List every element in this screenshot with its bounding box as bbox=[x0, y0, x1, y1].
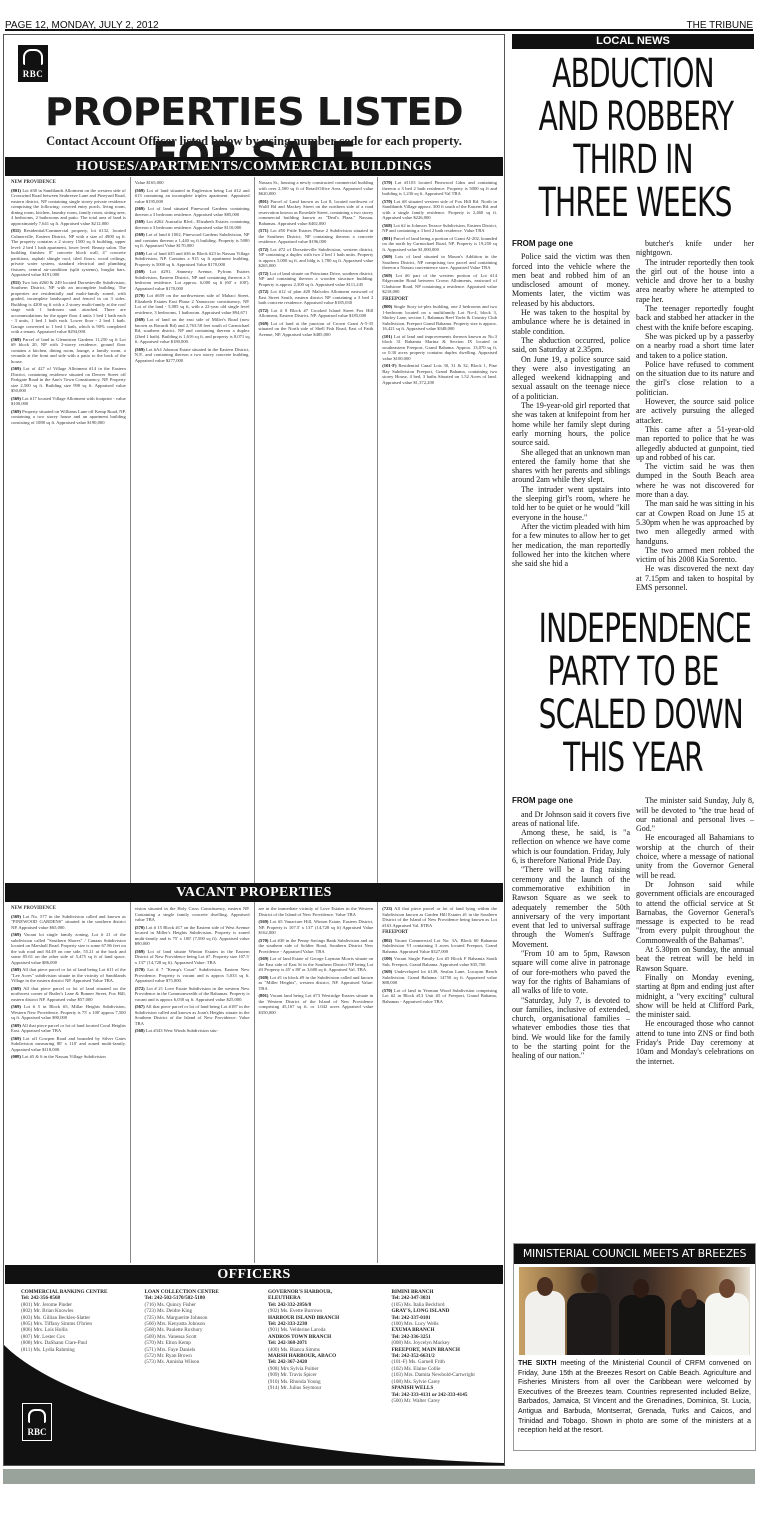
property-code: (569) bbox=[11, 1036, 21, 1041]
property-code: (570) bbox=[382, 180, 392, 185]
officer-entry: (573) Ms. Annisha Wilson bbox=[145, 1359, 241, 1365]
property-listing: (570) Lot # 7 "Kemp's Court" Subdivision… bbox=[135, 967, 250, 984]
story-paragraph: However, the source said police are acti… bbox=[636, 397, 754, 425]
property-listing: (570) Lot #659 on the northwestern side … bbox=[135, 293, 250, 315]
property-listing: (569) Lot #6 part of the western portion… bbox=[382, 273, 497, 295]
property-code: (100) bbox=[382, 956, 392, 961]
officers-list: COMMERCIAL BANKING CENTRETel: 242-356-85… bbox=[7, 1287, 501, 1387]
property-code: (569) bbox=[135, 232, 145, 237]
property-listing: (569) All that piece parcel or lot of la… bbox=[11, 986, 126, 1003]
property-listing: (570) Lot #8 situated western side of Fo… bbox=[382, 199, 497, 221]
property-listing: (800) Single Story tri-plex building, on… bbox=[382, 304, 497, 332]
officers-column: LOAN COLLECTION CENTRETel: 242-502-5170/… bbox=[131, 1287, 255, 1387]
property-code: (570) bbox=[135, 925, 145, 930]
property-code: (570) bbox=[259, 938, 269, 943]
property-listing: (008) Lot #5 & 6 in the Nassau Village S… bbox=[11, 1054, 126, 1060]
property-code: (801) bbox=[259, 199, 269, 204]
property-listing: (801) Vacant land being Lot #73 Westridg… bbox=[259, 993, 374, 1015]
property-code: (567) bbox=[135, 1004, 145, 1009]
property-code: (569) bbox=[11, 986, 21, 991]
story2-from: FROM page one bbox=[512, 796, 630, 805]
property-listing: (569) Lot of land on the east side of Mi… bbox=[135, 317, 250, 345]
property-code: (801) bbox=[11, 188, 21, 193]
story-paragraph: Dr Johnson said while government officia… bbox=[636, 880, 754, 945]
property-listing: (568) Lot #343 West Winds Subdivision si… bbox=[135, 1028, 250, 1034]
property-listing: (801) Lot #38 in Sandilands Allotment on… bbox=[11, 188, 126, 227]
property-listing: (569) Lot of land #35 and #36 in Block #… bbox=[135, 251, 250, 268]
story-paragraph: The abduction occurred, police said, on … bbox=[512, 336, 630, 355]
story-paragraph: The man said he was sitting in his car a… bbox=[636, 499, 754, 545]
story-paragraph: The intruder reportedly then took the gi… bbox=[636, 258, 754, 304]
story1-from: FROM page one bbox=[512, 239, 630, 248]
property-listing: (567) All that piece parcel or lot of la… bbox=[135, 1004, 250, 1026]
property-code: (571) bbox=[259, 228, 269, 233]
story-paragraph: The teenager reportedly fought back and … bbox=[636, 304, 754, 332]
officer-entry: (811) Ms. Lydia Rahming bbox=[21, 1347, 117, 1353]
property-listing: (569) Parcel of land in Glenniston Garde… bbox=[11, 337, 126, 365]
property-listing: (811) Two lots #260 & 249 located Dorset… bbox=[11, 280, 126, 335]
property-listing: (569) Undeveloped lot #149, Seafan Lane,… bbox=[382, 969, 497, 986]
property-code: (569) bbox=[382, 254, 392, 259]
property-listing: (569) Lot #A4 Johnson Estate situated in… bbox=[135, 347, 250, 364]
property-code: (568) bbox=[382, 223, 392, 228]
property-code: (569) bbox=[11, 932, 21, 937]
region-heading: FREEPORT bbox=[382, 297, 497, 303]
property-code: (569) bbox=[259, 956, 269, 961]
story-paragraph: After the victim pleaded with him for a … bbox=[512, 522, 630, 568]
story1-headline: ABDUCTION AND ROBBERY THIRD IN THREE WEE… bbox=[512, 53, 754, 225]
property-code: (569) bbox=[11, 337, 21, 342]
property-code: (569) bbox=[382, 273, 392, 278]
property-listing: (569) Lot No. 577 in the Subdivision cal… bbox=[11, 914, 126, 931]
section-tag-local-news: LOCAL NEWS bbox=[512, 34, 754, 49]
listing-column: Nassau St., housing a newly constructed … bbox=[255, 177, 379, 917]
story-paragraph: He encouraged all Bahamians to worship a… bbox=[636, 833, 754, 879]
officers-column: BIMINI BRANCHTel: 242-347-3031(105) Ms. … bbox=[378, 1287, 502, 1387]
property-code: (569) bbox=[259, 919, 269, 924]
property-listing: (572) Lot #12 of plan #20 Malcolm Allotm… bbox=[259, 289, 374, 306]
property-listing: (101) Lot of land and improvements there… bbox=[382, 334, 497, 362]
photo-title: MINISTERIAL COUNCIL MEETS AT BREEZES bbox=[514, 1244, 755, 1264]
property-listing: (568) Lot #2 in Johnson Terrace Subdivis… bbox=[382, 223, 497, 234]
officers-column: GOVERNOR'S HARBOUR, ELEUTHERATel: 242-33… bbox=[254, 1287, 378, 1387]
property-listing: (569) Lot #1 in block #9 in the Subdivis… bbox=[259, 975, 374, 992]
story-paragraph: She was picked up by a passerby on a nea… bbox=[636, 332, 754, 360]
story-paragraph: Finally on Monday evening, starting at 8… bbox=[636, 973, 754, 1019]
property-code: (568) bbox=[135, 1028, 145, 1033]
property-code: (570) bbox=[135, 293, 145, 298]
property-code: (572) bbox=[135, 986, 145, 991]
property-listing: (572) Lot of land situate on Poinciana D… bbox=[259, 271, 374, 288]
property-listing: (569) Lot #291, Amnesty Avenue, Pyfrom E… bbox=[135, 269, 250, 291]
story-paragraph: The victim said he was then dumped in th… bbox=[636, 462, 754, 499]
property-code: (569) bbox=[135, 206, 145, 211]
story-paragraph: The intruder went upstairs into the slee… bbox=[512, 485, 630, 522]
property-code: (811) bbox=[11, 228, 21, 233]
rbc-logo-icon: RBC bbox=[18, 45, 48, 82]
property-listing: (569) Vacant lot single family zoning, L… bbox=[11, 932, 126, 965]
ad-subtitle: Contact Account Officer listed below by … bbox=[4, 134, 504, 149]
property-code: (101-F) bbox=[382, 363, 396, 368]
officer-entry: (500) Mr. Walter Carey bbox=[392, 1398, 488, 1404]
property-code: (569) bbox=[11, 1004, 21, 1009]
photo-caption: THE SIXTH meeting of the Ministerial Cou… bbox=[514, 1358, 755, 1437]
listing-column: (723) All that piece parcel or lot of la… bbox=[378, 903, 501, 1263]
region-heading: NEW PROVIDENCE bbox=[11, 906, 126, 912]
property-code: (569) bbox=[135, 317, 145, 322]
property-listing: (569) All that piece parcel or lot of la… bbox=[11, 1023, 126, 1034]
property-listing: (569) Lot of land Estate of George Layma… bbox=[259, 956, 374, 973]
story-paragraph: He was discovered the next day at 7.15pm… bbox=[636, 564, 754, 592]
listing-column: vision situated in the Holy Cross Consti… bbox=[131, 903, 255, 1263]
property-listing: (569) Lot of land situated in Englerston… bbox=[135, 188, 250, 205]
property-code: (572) bbox=[259, 308, 269, 313]
listing-column: are in the immediate vicinity of Love Es… bbox=[255, 903, 379, 1263]
section-header-houses: HOUSES/APARTMENTS/COMMERCIAL BUILDINGS bbox=[5, 157, 503, 176]
officer-entry: (914) Mr. Julius Seymour bbox=[268, 1385, 364, 1391]
local-news-column: LOCAL NEWS ABDUCTION AND ROBBERY THIRD I… bbox=[512, 34, 754, 1066]
story-paragraph: He encouraged those who cannot attend to… bbox=[636, 1019, 754, 1065]
property-listing: are in the immediate vicinity of Love Es… bbox=[259, 906, 374, 917]
story-paragraph: This came after a 51-year-old man report… bbox=[636, 425, 754, 462]
property-code: (569) bbox=[135, 269, 145, 274]
property-code: (569) bbox=[11, 1023, 21, 1028]
listing-column: (570) Lot #1103 located Pinewood Gdns an… bbox=[378, 177, 501, 917]
property-code: (569) bbox=[382, 969, 392, 974]
property-code: (569) bbox=[11, 967, 21, 972]
listing-column: NEW PROVIDENCE(569) Lot No. 577 in the S… bbox=[7, 903, 131, 1263]
story-paragraph: "Saturday, July 7, is devoted to our fam… bbox=[512, 996, 630, 1061]
property-listing: Value $165,000 bbox=[135, 180, 250, 186]
story2-body: FROM page oneand Dr Johnson said it cove… bbox=[512, 796, 754, 1066]
property-code: (569) bbox=[135, 347, 145, 352]
property-listing: (802) Vacant Commercial Lot No: 3A, Bloc… bbox=[382, 938, 497, 955]
property-listing: (570) Lot #1103 located Pinewood Gdns an… bbox=[382, 180, 497, 197]
property-code: (570) bbox=[382, 199, 392, 204]
property-code: (802) bbox=[382, 938, 392, 943]
property-listing: (569) Lots of land situated in Mason's A… bbox=[382, 254, 497, 271]
property-listing: (569) All that piece parcel or lot of la… bbox=[11, 967, 126, 984]
property-listing: (723) All that piece parcel or lot of la… bbox=[382, 906, 497, 928]
rbc-logo-bottom-icon: RBC bbox=[22, 1403, 52, 1441]
property-code: (801) bbox=[259, 993, 269, 998]
property-code: (569) bbox=[11, 396, 21, 401]
story-paragraph: The two armed men robbed the victim of h… bbox=[636, 546, 754, 565]
property-listing: (569) Lot of land # 1002, Pinewood Garde… bbox=[135, 232, 250, 249]
property-listing: (569) Lot of land situated Pinewood Gard… bbox=[135, 206, 250, 217]
property-code: (569) bbox=[135, 188, 145, 193]
property-listing: (570) Lot of land in Yeoman Wood Subdivi… bbox=[382, 988, 497, 1005]
property-listing: (569) Lot # 5 in Block #5, Millar Height… bbox=[11, 1004, 126, 1021]
property-code: (800) bbox=[382, 304, 392, 309]
property-listing: (570) Lot # 15 Block #17 on the Eastern … bbox=[135, 925, 250, 947]
property-code: (101) bbox=[382, 334, 392, 339]
property-listing: (569) Lot #17 located Village Allotment … bbox=[11, 396, 126, 407]
listing-column: Value $165,000(569) Lot of land situated… bbox=[131, 177, 255, 917]
story-paragraph: On June 19, a police source said they we… bbox=[512, 355, 630, 401]
property-code: (008) bbox=[11, 1054, 21, 1059]
story-paragraph: Among these, he said, is "a reflection o… bbox=[512, 828, 630, 865]
vacant-listing-columns: NEW PROVIDENCE(569) Lot No. 577 in the S… bbox=[7, 903, 501, 1263]
property-code: (569) bbox=[11, 366, 21, 371]
property-listing: (569) Lot of land situate Winton Estates… bbox=[135, 949, 250, 966]
officers-column: COMMERCIAL BANKING CENTRETel: 242-356-85… bbox=[7, 1287, 131, 1387]
property-code: (569) bbox=[135, 219, 145, 224]
property-listing: (100) Vacant Single Family Lot #5 Block … bbox=[382, 956, 497, 967]
branch-heading: GOVERNOR'S HARBOUR, ELEUTHERA bbox=[268, 1289, 364, 1302]
property-code: (570) bbox=[135, 967, 145, 972]
property-listing: (101-F) Residential Canal Lots 30, 31 & … bbox=[382, 363, 497, 385]
property-code: (569) bbox=[259, 975, 269, 980]
property-listing: (569) Lot of land at the junction of Cro… bbox=[259, 321, 374, 338]
property-code: (570) bbox=[382, 988, 392, 993]
property-code: (569) bbox=[135, 251, 145, 256]
page-footer-bar bbox=[3, 1469, 755, 1484]
property-code: (572) bbox=[259, 289, 269, 294]
property-listing: (801) Parcel of land being a portion of … bbox=[382, 236, 497, 253]
rbc-property-ad: RBC PROPERTIES LISTED FOR SALE Contact A… bbox=[3, 34, 505, 1466]
property-listing: (569) Lot of 427 of Village Allotment #1… bbox=[11, 366, 126, 394]
property-listing: (570) Lot #30 in the Penny Savings Bank … bbox=[259, 938, 374, 955]
story-paragraph: and Dr Johnson said it covers five areas… bbox=[512, 810, 630, 829]
property-code: (801) bbox=[382, 236, 392, 241]
section-header-officers: OFFICERS bbox=[5, 1265, 503, 1284]
story-paragraph: butcher's knife under her nightgown. bbox=[636, 239, 754, 258]
story-paragraph: She alleged that an unknown man entered … bbox=[512, 448, 630, 485]
officer-entry: (103) Mrs. Damita Newbold-Cartwright bbox=[392, 1372, 488, 1378]
property-listing: Nassau St., housing a newly constructed … bbox=[259, 180, 374, 197]
property-listing: (811) Residential/Commercial property, l… bbox=[11, 228, 126, 278]
houses-listing-columns: NEW PROVIDENCE(801) Lot #38 in Sandiland… bbox=[7, 177, 501, 917]
property-listing: (569) Property situated on Williams Lane… bbox=[11, 409, 126, 426]
story1-body: FROM page onePolice said the victim was … bbox=[512, 239, 754, 592]
property-code: (569) bbox=[11, 914, 21, 919]
property-listing: (572) Lot # 8 Block #7 Crooked Island St… bbox=[259, 308, 374, 319]
section-header-vacant: VACANT PROPERTIES bbox=[5, 883, 503, 902]
property-listing: (571) Lot #50 Pride Estates Phase 2 Subd… bbox=[259, 228, 374, 245]
property-code: (572) bbox=[259, 247, 269, 252]
masthead-divider bbox=[5, 29, 753, 31]
region-heading: NEW PROVIDENCE bbox=[11, 180, 126, 186]
property-code: (811) bbox=[11, 280, 21, 285]
property-listing: (572) Lot #72 of Dorsetteville Subdivisi… bbox=[259, 247, 374, 269]
property-listing: (801) Parcel of Land known as Lot 8, loc… bbox=[259, 199, 374, 227]
ministers-photo bbox=[519, 1267, 750, 1355]
listing-column: NEW PROVIDENCE(801) Lot #38 in Sandiland… bbox=[7, 177, 131, 917]
story2-headline: INDEPENDENCE PARTY TO BE SCALED DOWN THI… bbox=[512, 608, 754, 780]
property-listing: (569) Lot off Cowpen Road and bounded by… bbox=[11, 1036, 126, 1053]
property-code: (723) bbox=[382, 906, 392, 911]
region-heading: FREEPORT bbox=[382, 930, 497, 936]
story-paragraph: At 5.30pm on Sunday, the annual beat the… bbox=[636, 945, 754, 973]
story-paragraph: "From 10 am to 5pm, Rawson square will c… bbox=[512, 949, 630, 995]
property-code: (569) bbox=[259, 321, 269, 326]
story-paragraph: "There will be a flag raising ceremony a… bbox=[512, 865, 630, 949]
property-code: (569) bbox=[135, 949, 145, 954]
property-listing: (572) Lot # 21 Love Estate Subdivision i… bbox=[135, 986, 250, 1003]
story-paragraph: Police said the victim was then forced i… bbox=[512, 252, 630, 308]
property-listing: vision situated in the Holy Cross Consti… bbox=[135, 906, 250, 923]
property-code: (572) bbox=[259, 271, 269, 276]
story-paragraph: The minister said Sunday, July 8, will b… bbox=[636, 796, 754, 833]
story-paragraph: He was taken to the hospital by ambulanc… bbox=[512, 308, 630, 336]
story-paragraph: The 19-year-old girl reported that she w… bbox=[512, 401, 630, 447]
story-paragraph: Police have refused to comment on the si… bbox=[636, 360, 754, 397]
photo-feature: MINISTERIAL COUNCIL MEETS AT BREEZES THE… bbox=[513, 1243, 756, 1451]
property-code: (569) bbox=[11, 409, 21, 414]
property-listing: (569) Lot #5 Vanacture Hill, Winton Esta… bbox=[259, 919, 374, 936]
property-listing: (569) Lot #262 Australia Blvd., Elizabet… bbox=[135, 219, 250, 230]
